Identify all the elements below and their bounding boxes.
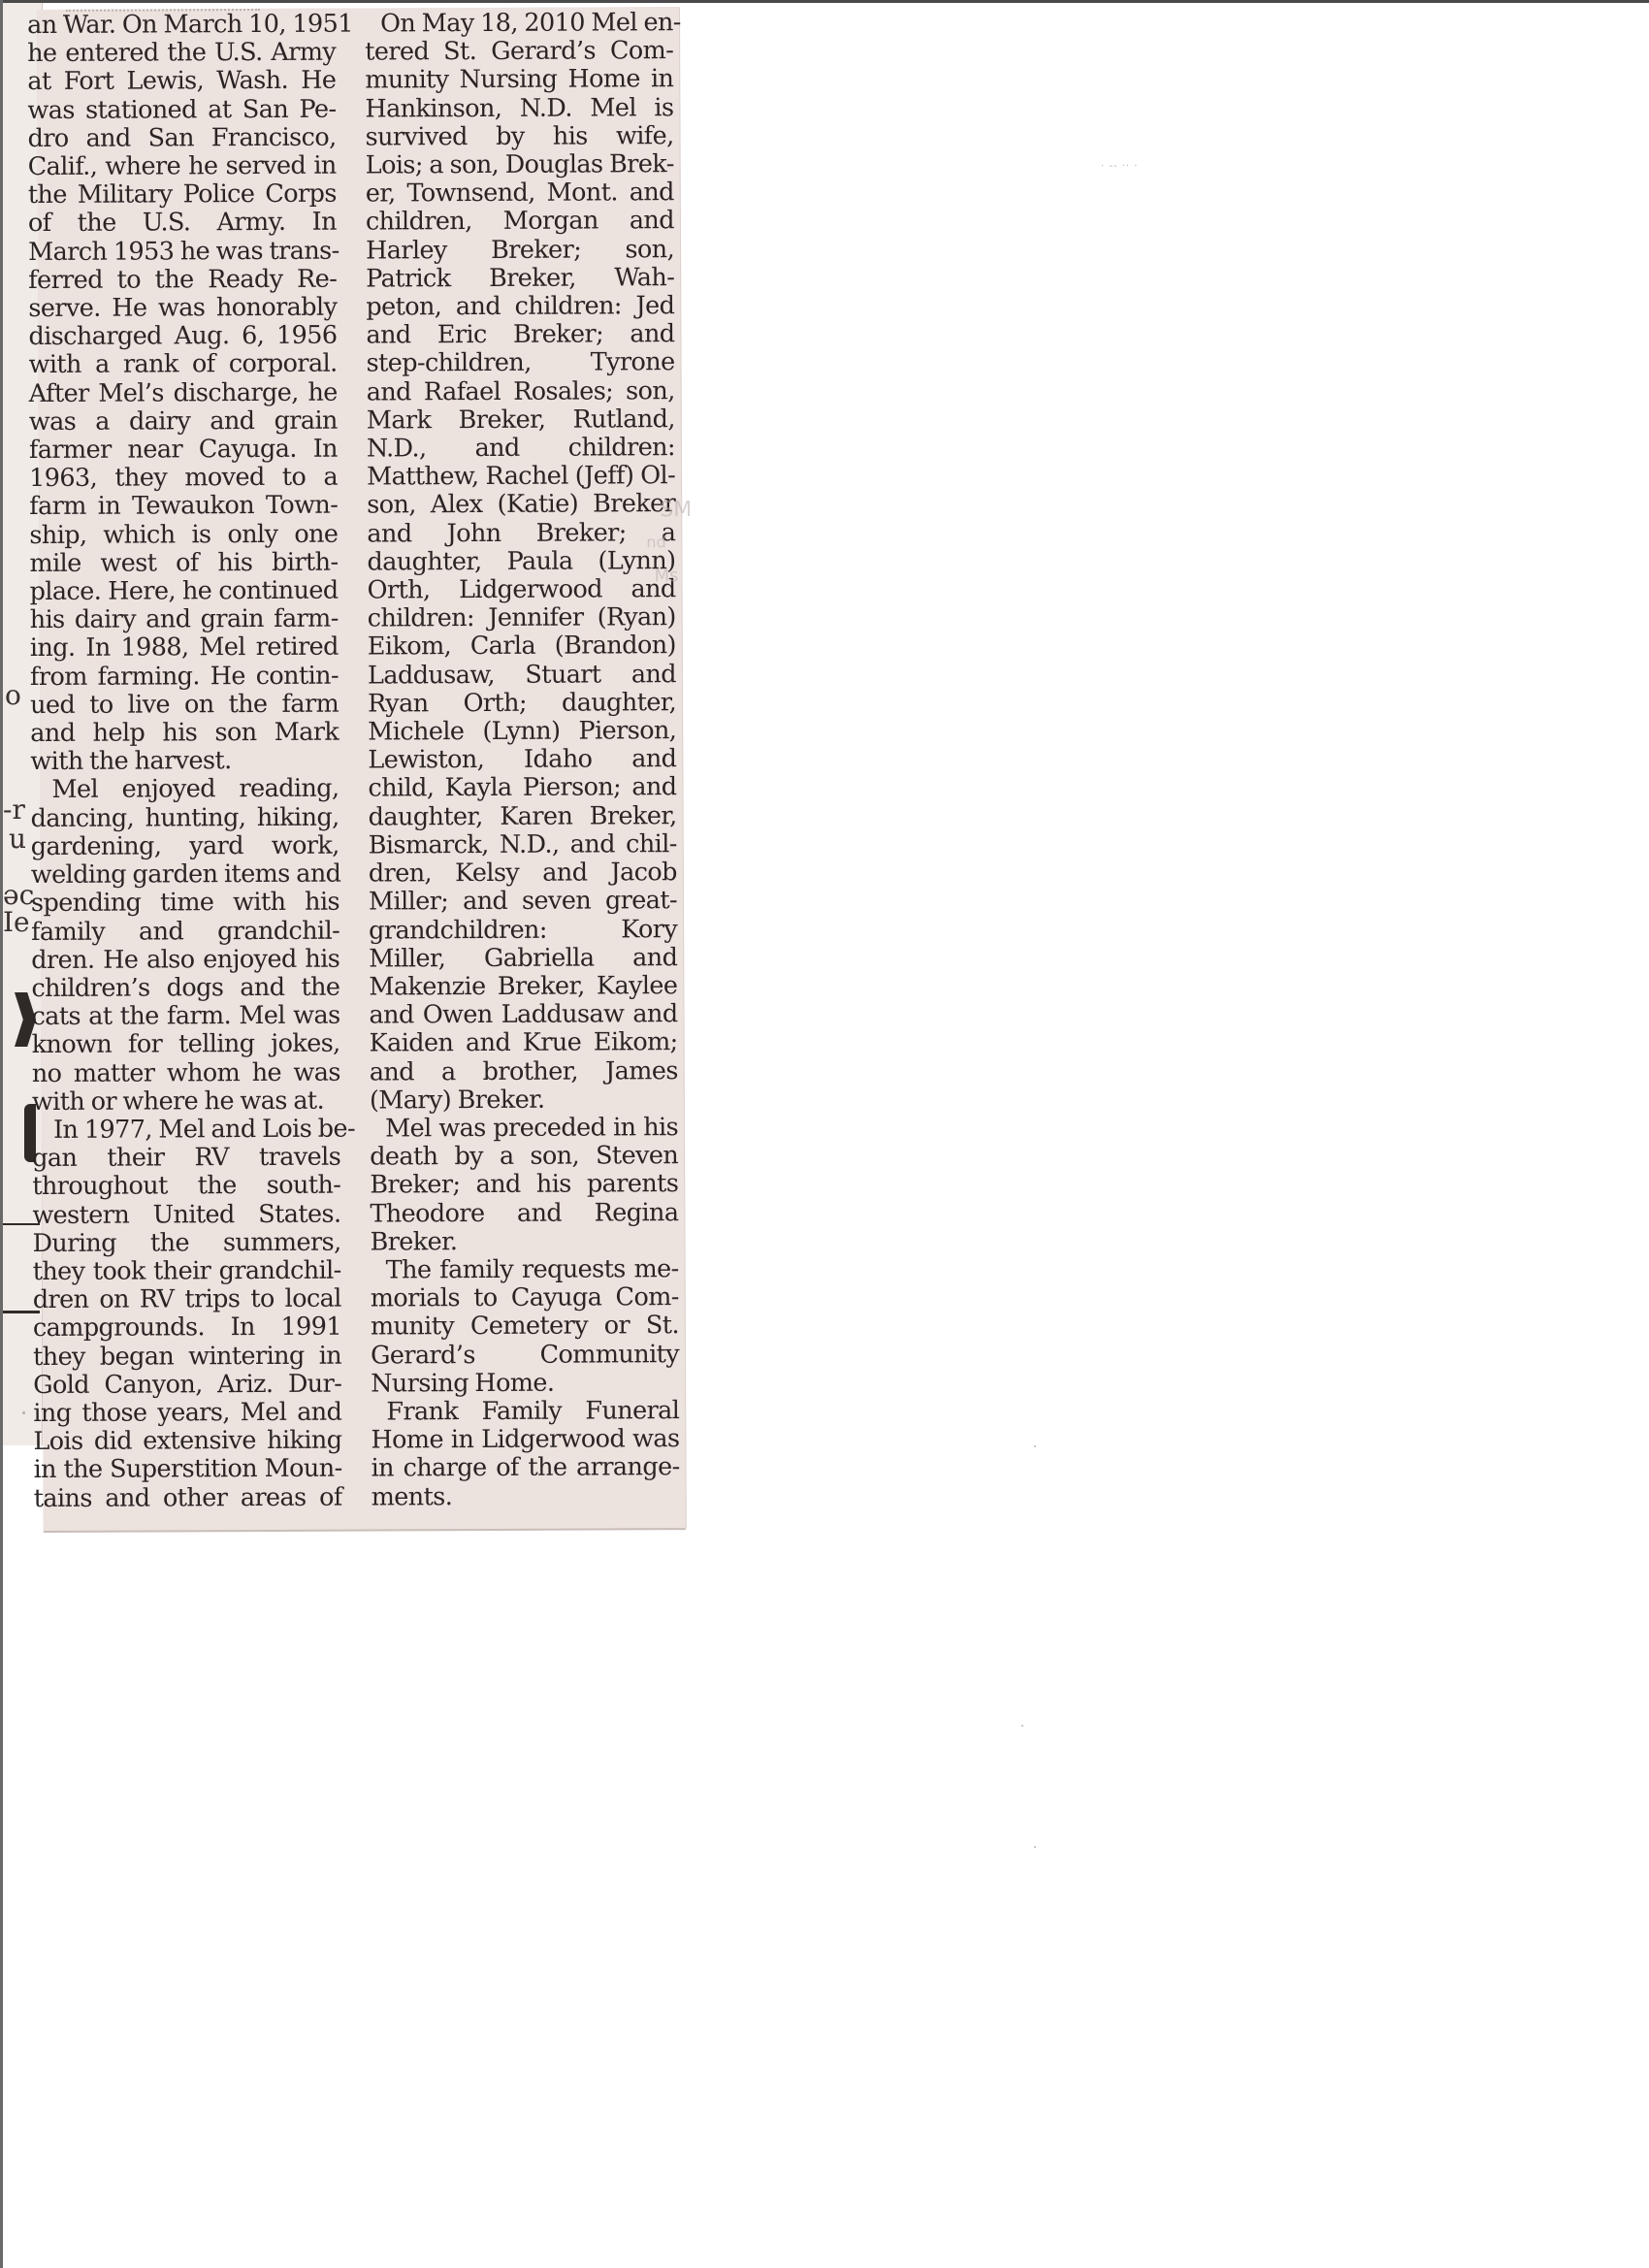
- text-line: (Mary) Breker.: [370, 1085, 678, 1116]
- left-column: an War. On March 10, 1951 he entered the…: [27, 11, 342, 1513]
- text-line: throughout the south-: [32, 1172, 340, 1202]
- text-line: cats at the farm. Mel was: [31, 1002, 339, 1032]
- underlay-fragment: -r: [3, 796, 25, 824]
- paragraph-start-line: Mel was preceded in his: [370, 1114, 678, 1144]
- text-line: Eikom, Carla (Brandon): [368, 632, 676, 663]
- scan-border-top: [0, 0, 1649, 3]
- text-line: mile west of his birth-: [29, 549, 338, 579]
- text-line: children, Morgan and: [366, 208, 674, 238]
- text-line: March 1953 he was trans-: [28, 237, 337, 267]
- text-line: dancing, hunting, hiking,: [31, 803, 339, 833]
- text-line: daughter, Paula (Lynn): [367, 547, 675, 577]
- text-line: ments.: [372, 1482, 680, 1512]
- text-line: they began wintering in: [33, 1342, 341, 1372]
- text-line: dren on RV trips to local: [33, 1285, 341, 1315]
- text-line: child, Kayla Pierson; and: [368, 774, 676, 804]
- text-line: Michele (Lynn) Pierson,: [368, 717, 676, 747]
- text-line: was a dairy and grain: [29, 406, 338, 437]
- text-line: no matter whom he was: [32, 1058, 340, 1088]
- text-line: Miller; and seven great-: [369, 887, 677, 917]
- text-line: survived by his wife,: [366, 122, 674, 152]
- text-line: dren, Kelsy and Jacob: [369, 859, 677, 889]
- text-line: gardening, yard work,: [31, 832, 339, 862]
- text-line: Matthew, Rachel (Jeff) Ol-: [367, 462, 675, 492]
- text-line: with the harvest.: [30, 747, 339, 777]
- paragraph-start-line: On May 18, 2010 Mel en-: [365, 9, 673, 39]
- text-line: step-children, Tyrone: [367, 349, 675, 379]
- text-line: After Mel’s discharge, he: [29, 378, 338, 408]
- text-line: Kaiden and Krue Eikom;: [370, 1028, 678, 1058]
- text-line: from farming. He contin-: [30, 662, 339, 692]
- text-line: Bismarck, N.D., and chil-: [369, 830, 677, 860]
- text-line: and help his son Mark: [30, 719, 339, 749]
- text-line: Breker.: [370, 1227, 678, 1257]
- scan-artifact: · -- ·· ·: [1101, 161, 1138, 172]
- text-line: er, Townsend, Mont. and: [366, 178, 674, 209]
- text-line: Calif., where he served in: [28, 152, 337, 182]
- text-line: son, Alex (Katie) Breker: [367, 491, 675, 521]
- text-line: munity Nursing Home in: [365, 66, 673, 96]
- text-line: and Eric Breker; and: [366, 320, 674, 350]
- text-line: Gold Canyon, Ariz. Dur-: [33, 1370, 341, 1400]
- text-line: tains and other areas of: [34, 1483, 342, 1513]
- text-line: known for telling jokes,: [32, 1030, 340, 1060]
- text-line: dren. He also enjoyed his: [31, 945, 339, 975]
- text-line: N.D., and children:: [367, 434, 675, 464]
- text-line: in the Superstition Moun-: [34, 1455, 342, 1485]
- text-line: Miller, Gabriella and: [369, 944, 677, 974]
- speck: [22, 1411, 25, 1414]
- text-line: Lois did extensive hiking: [33, 1427, 341, 1457]
- text-line: western United States.: [32, 1200, 340, 1230]
- text-line: an War. On March 10, 1951: [27, 11, 336, 41]
- text-line: ferred to the Ready Re-: [28, 265, 337, 295]
- text-line: ing those years, Mel and: [33, 1399, 341, 1429]
- speck: [1034, 1445, 1036, 1447]
- bleed-through-text: SM: [660, 500, 692, 521]
- text-line: welding garden items and: [31, 860, 339, 891]
- text-line: During the summers,: [32, 1228, 340, 1258]
- right-column: On May 18, 2010 Mel en- tered St. Gerard…: [365, 9, 680, 1511]
- paragraph-start-line: Mel enjoyed reading,: [30, 775, 339, 805]
- underlay-fragment: əc: [3, 882, 34, 909]
- text-line: Hankinson, N.D. Mel is: [365, 94, 673, 124]
- text-line: Breker; and his parents: [370, 1170, 678, 1200]
- underlay-fragment: Ie: [3, 909, 30, 936]
- text-line: was stationed at San Pe-: [27, 95, 336, 125]
- text-line: farm in Tewaukon Town-: [29, 492, 338, 522]
- text-line: Mark Breker, Rutland,: [367, 405, 675, 436]
- paragraph-start-line: The family requests me-: [371, 1255, 679, 1285]
- underlay-fragment: o: [5, 682, 21, 709]
- text-line: Laddusaw, Stuart and: [368, 661, 676, 691]
- text-line: munity Cemetery or St.: [371, 1312, 679, 1342]
- paragraph-start-line: Frank Family Funeral: [371, 1397, 679, 1427]
- text-line: Makenzie Breker, Kaylee: [369, 972, 677, 1002]
- obituary-clipping: an War. On March 10, 1951 he entered the…: [37, 7, 686, 1531]
- text-line: farmer near Cayuga. In: [29, 436, 338, 466]
- text-line: ship, which is only one: [29, 520, 338, 550]
- text-line: place. Here, he continued: [30, 577, 339, 607]
- text-line: of the U.S. Army. In: [28, 209, 337, 239]
- text-line: and Rafael Rosales; son,: [367, 377, 675, 407]
- text-line: children: Jennifer (Ryan): [368, 603, 676, 633]
- text-line: Home in Lidgerwood was: [371, 1425, 679, 1455]
- text-line: dro and San Francisco,: [28, 123, 337, 153]
- text-line: morials to Cayuga Com-: [371, 1283, 679, 1313]
- text-line: and John Breker; a: [367, 519, 675, 549]
- text-line: and Owen Laddusaw and: [369, 1000, 677, 1030]
- text-line: the Military Police Corps: [28, 180, 337, 211]
- text-line: peton, and children: Jed: [366, 292, 674, 322]
- text-line: Lois; a son, Douglas Brek-: [366, 150, 674, 180]
- text-line: campgrounds. In 1991: [33, 1313, 341, 1344]
- text-line: death by a son, Steven: [370, 1142, 678, 1172]
- text-line: at Fort Lewis, Wash. He: [27, 67, 336, 97]
- text-line: ing. In 1988, Mel retired: [30, 633, 339, 664]
- paragraph-start-line: In 1977, Mel and Lois be-: [32, 1116, 340, 1146]
- underlay-fragment: u: [9, 826, 26, 853]
- text-line: his dairy and grain farm-: [30, 605, 339, 635]
- speck: [1034, 1846, 1036, 1848]
- text-line: children’s dogs and the: [31, 974, 339, 1004]
- text-line: tered St. Gerard’s Com-: [365, 37, 673, 67]
- text-line: they took their grandchil-: [33, 1257, 341, 1287]
- text-line: gan their RV travels: [32, 1144, 340, 1174]
- text-line: spending time with his: [31, 889, 339, 919]
- text-line: discharged Aug. 6, 1956: [28, 322, 337, 352]
- bleed-through-text: nd: [646, 535, 665, 550]
- bleed-through-text: Ms: [655, 567, 679, 585]
- text-line: serve. He was honorably: [28, 294, 337, 324]
- text-line: daughter, Karen Breker,: [369, 802, 677, 832]
- text-line: Theodore and Regina: [370, 1199, 678, 1229]
- text-line: Lewiston, Idaho and: [368, 745, 676, 775]
- text-line: 1963, they moved to a: [29, 464, 338, 494]
- text-line: Gerard’s Community: [371, 1341, 679, 1371]
- text-line: ued to live on the farm: [30, 691, 339, 721]
- text-line: Patrick Breker, Wah-: [366, 264, 674, 294]
- text-line: family and grandchil-: [31, 917, 339, 947]
- text-line: Harley Breker; son,: [366, 236, 674, 266]
- text-line: grandchildren: Kory: [369, 916, 677, 946]
- text-line: Orth, Lidgerwood and: [368, 575, 676, 605]
- text-line: Ryan Orth; daughter,: [368, 689, 676, 719]
- text-line: in charge of the arrange-: [372, 1453, 680, 1483]
- text-line: and a brother, James: [370, 1057, 678, 1087]
- text-line: with a rank of corporal.: [29, 350, 338, 380]
- speck: [1021, 1725, 1023, 1727]
- text-line: he entered the U.S. Army: [27, 39, 336, 69]
- text-line: with or where he was at.: [32, 1086, 340, 1117]
- text-line: Nursing Home.: [371, 1369, 679, 1399]
